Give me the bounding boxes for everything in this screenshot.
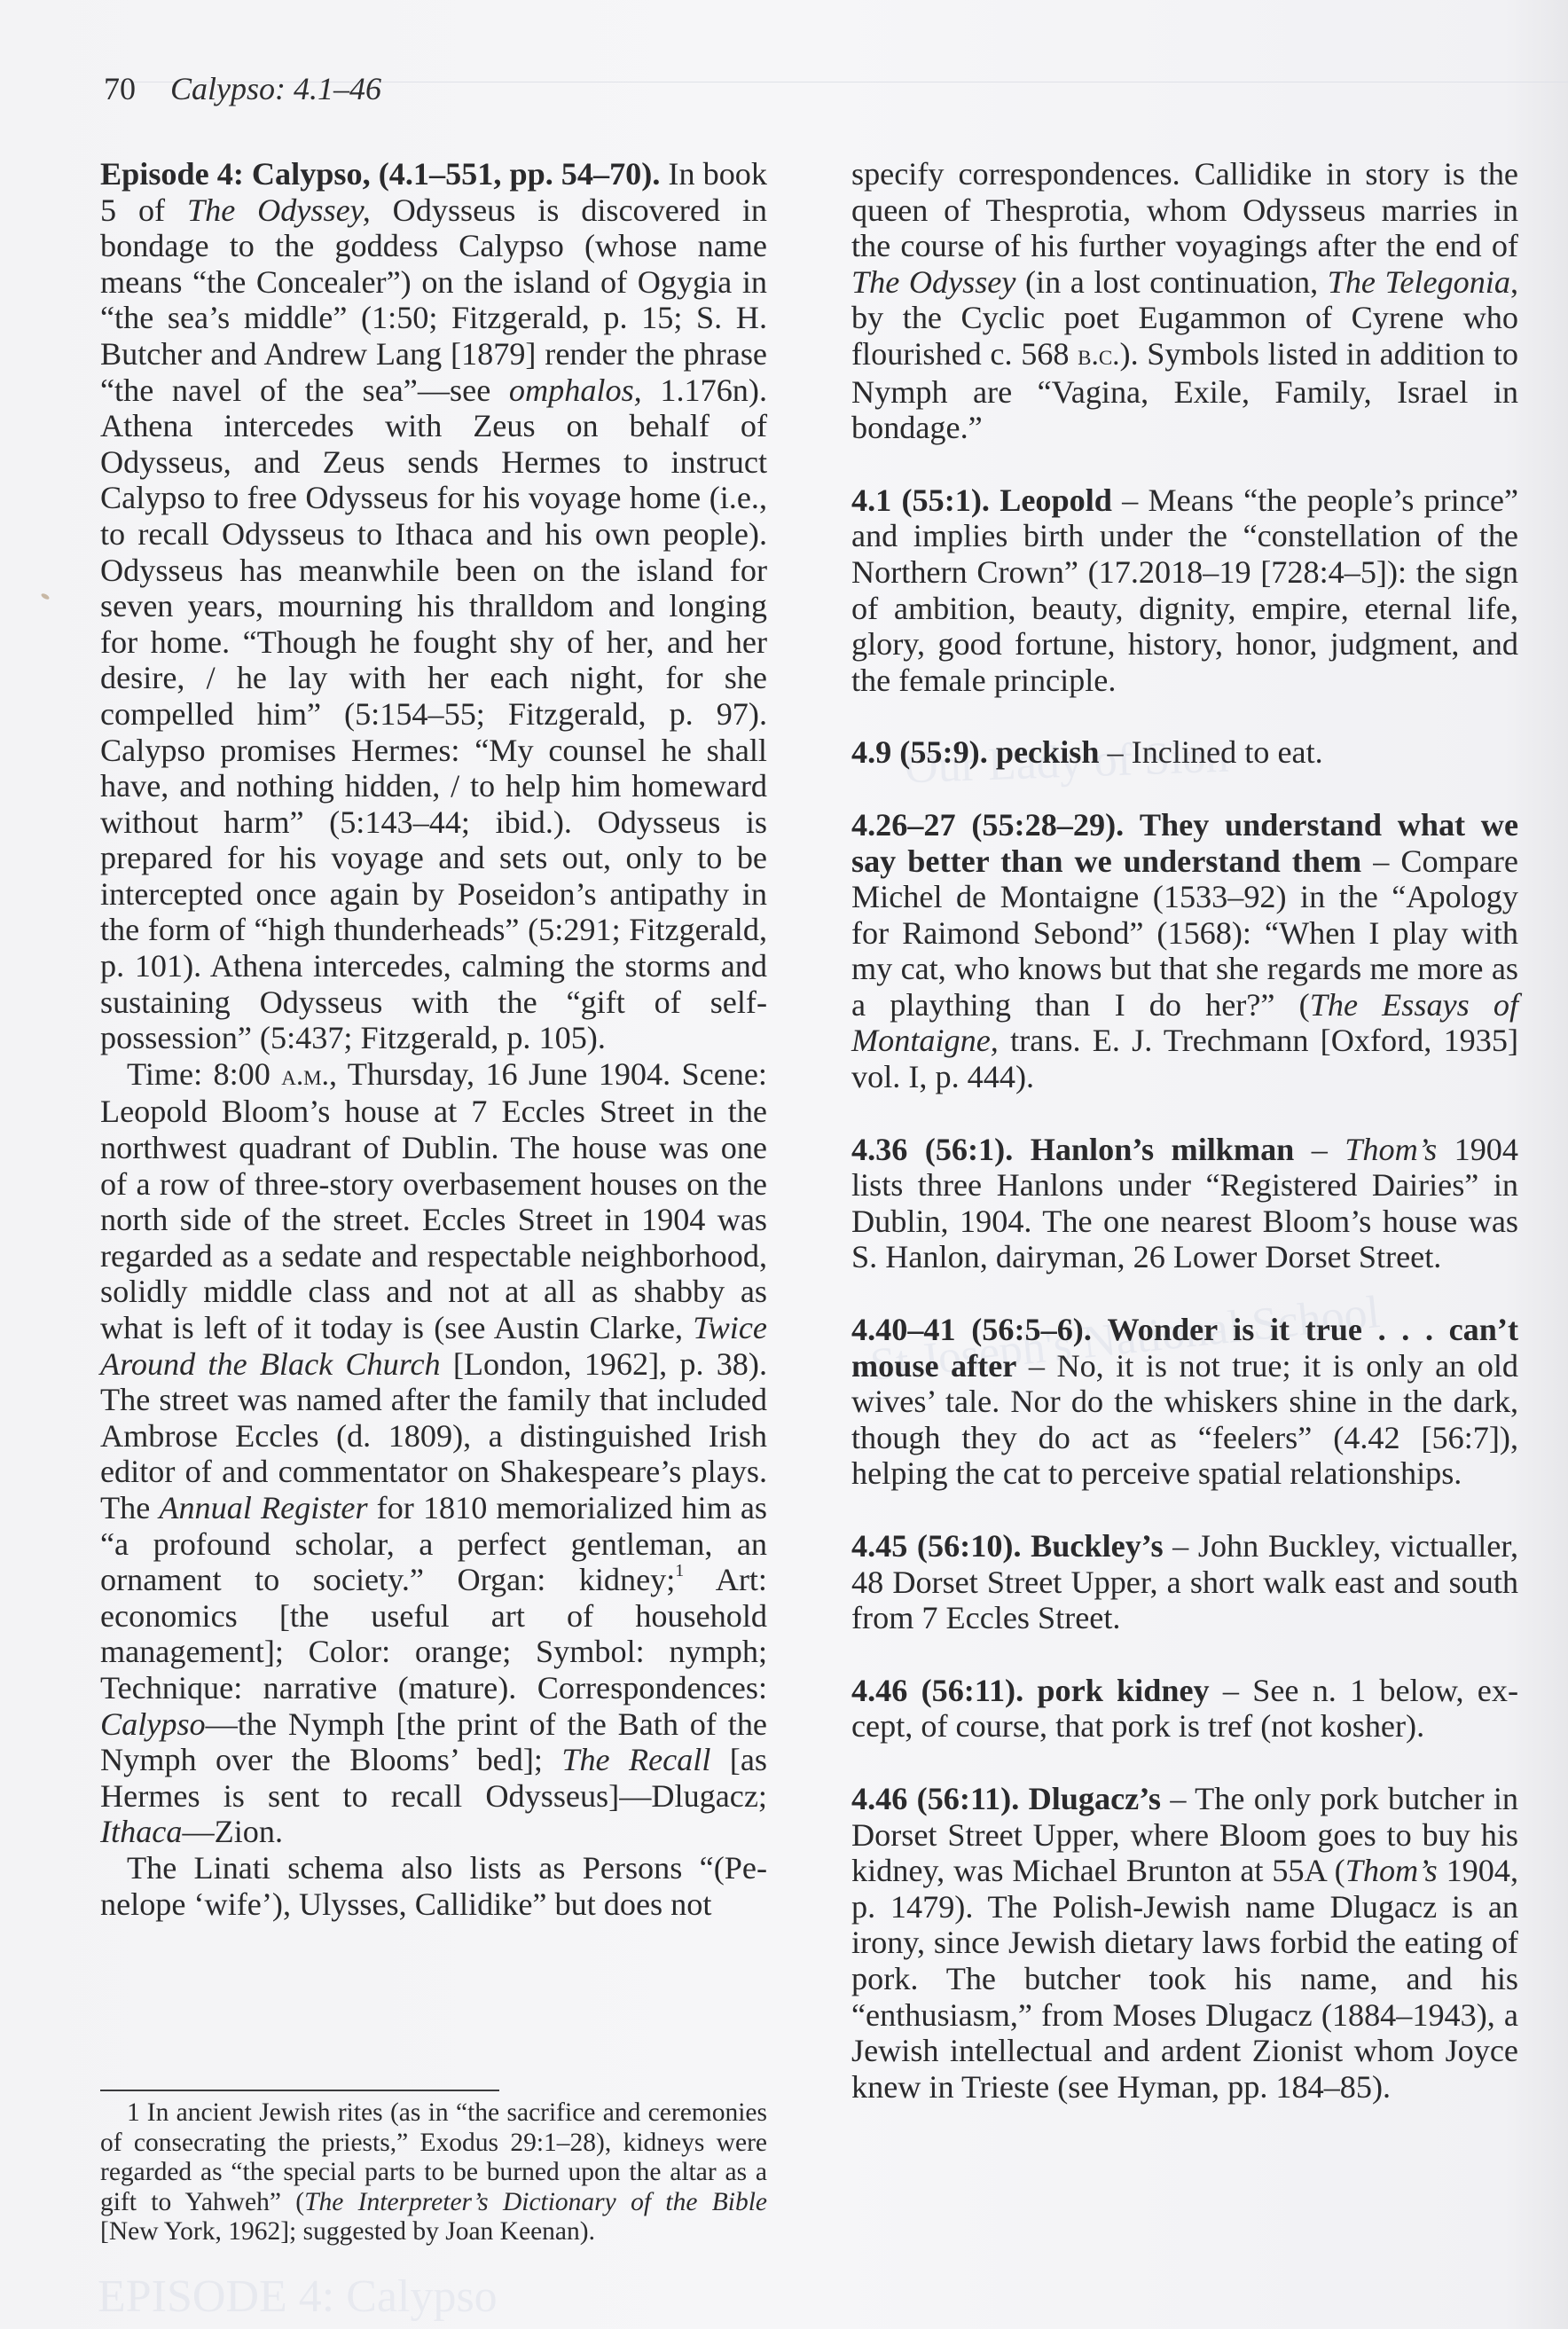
- episode-intro-paragraph: Episode 4: Calypso, (4.1–551, pp. 54–70)…: [100, 156, 767, 1056]
- entry-ref: 4.46 (56:11).: [851, 1781, 1019, 1816]
- entry-lemma: pork kidney: [1037, 1673, 1209, 1708]
- entry-lemma: Leopold: [1000, 482, 1112, 518]
- footnote-rule: [100, 2090, 499, 2091]
- entry-lemma: peckish: [996, 734, 1100, 770]
- annotation-entry: 4.46 (56:11). Dlugacz’s – The only pork …: [851, 1781, 1518, 2105]
- entry-ref: 4.46 (56:11).: [851, 1673, 1023, 1708]
- annotation-entry: 4.40–41 (56:5–6). Wonder is it true . . …: [851, 1312, 1518, 1492]
- running-title: Calypso: 4.1–46: [170, 71, 381, 106]
- continuation-paragraph: specify correspondences. Callidike in st…: [851, 156, 1518, 446]
- annotation-entry: 4.45 (56:10). Buckley’s – John Buckley, …: [851, 1528, 1518, 1636]
- annotation-entry: 4.9 (55:9). peckish – Inclined to eat.: [851, 734, 1518, 771]
- entry-ref: 4.26–27 (55:28–29).: [851, 807, 1124, 843]
- footnote-number: 1: [127, 2098, 140, 2127]
- entry-ref: 4.9 (55:9).: [851, 734, 988, 770]
- entry-ref: 4.40–41 (56:5–6).: [851, 1312, 1092, 1347]
- entry-ref: 4.36 (56:1).: [851, 1132, 1013, 1167]
- entry-lemma: Dlugacz’s: [1029, 1781, 1161, 1816]
- footnote-reference[interactable]: 1: [675, 1561, 684, 1580]
- linati-paragraph: The Linati schema also lists as Persons …: [100, 1850, 767, 1922]
- entry-lemma: Hanlon’s milkman: [1031, 1132, 1295, 1167]
- left-column: Episode 4: Calypso, (4.1–551, pp. 54–70)…: [100, 156, 767, 1922]
- footnote: 1In ancient Jewish rites (as in “the sac…: [100, 2098, 767, 2247]
- right-column: specify correspondences. Callidike in st…: [851, 156, 1518, 2141]
- episode-heading: Episode 4: Calypso, (4.1–551, pp. 54–70)…: [100, 156, 660, 192]
- page-number: 70: [104, 71, 136, 106]
- book-page: Our Lady of Sion St Joseph's National Sc…: [0, 0, 1568, 2329]
- entry-ref: 4.1 (55:1).: [851, 482, 990, 518]
- entry-lemma: Buckley’s: [1031, 1528, 1163, 1564]
- time-scene-paragraph: Time: 8:00 a.m., Thursday, 16 June 1904.…: [100, 1056, 767, 1850]
- show-through-label: EPISODE 4: Calypso: [98, 2270, 498, 2323]
- running-header: 70 Calypso: 4.1–46: [104, 69, 381, 108]
- margin-speck: [40, 592, 50, 600]
- annotation-entry: 4.46 (56:11). pork kidney – See n. 1 bel…: [851, 1673, 1518, 1745]
- annotation-entry: 4.26–27 (55:28–29). They understand what…: [851, 807, 1518, 1095]
- annotation-entry: 4.1 (55:1). Leopold – Means “the people’…: [851, 482, 1518, 699]
- entry-ref: 4.45 (56:10).: [851, 1528, 1022, 1564]
- annotation-entry: 4.36 (56:1). Hanlon’s milkman – Thom’s 1…: [851, 1132, 1518, 1275]
